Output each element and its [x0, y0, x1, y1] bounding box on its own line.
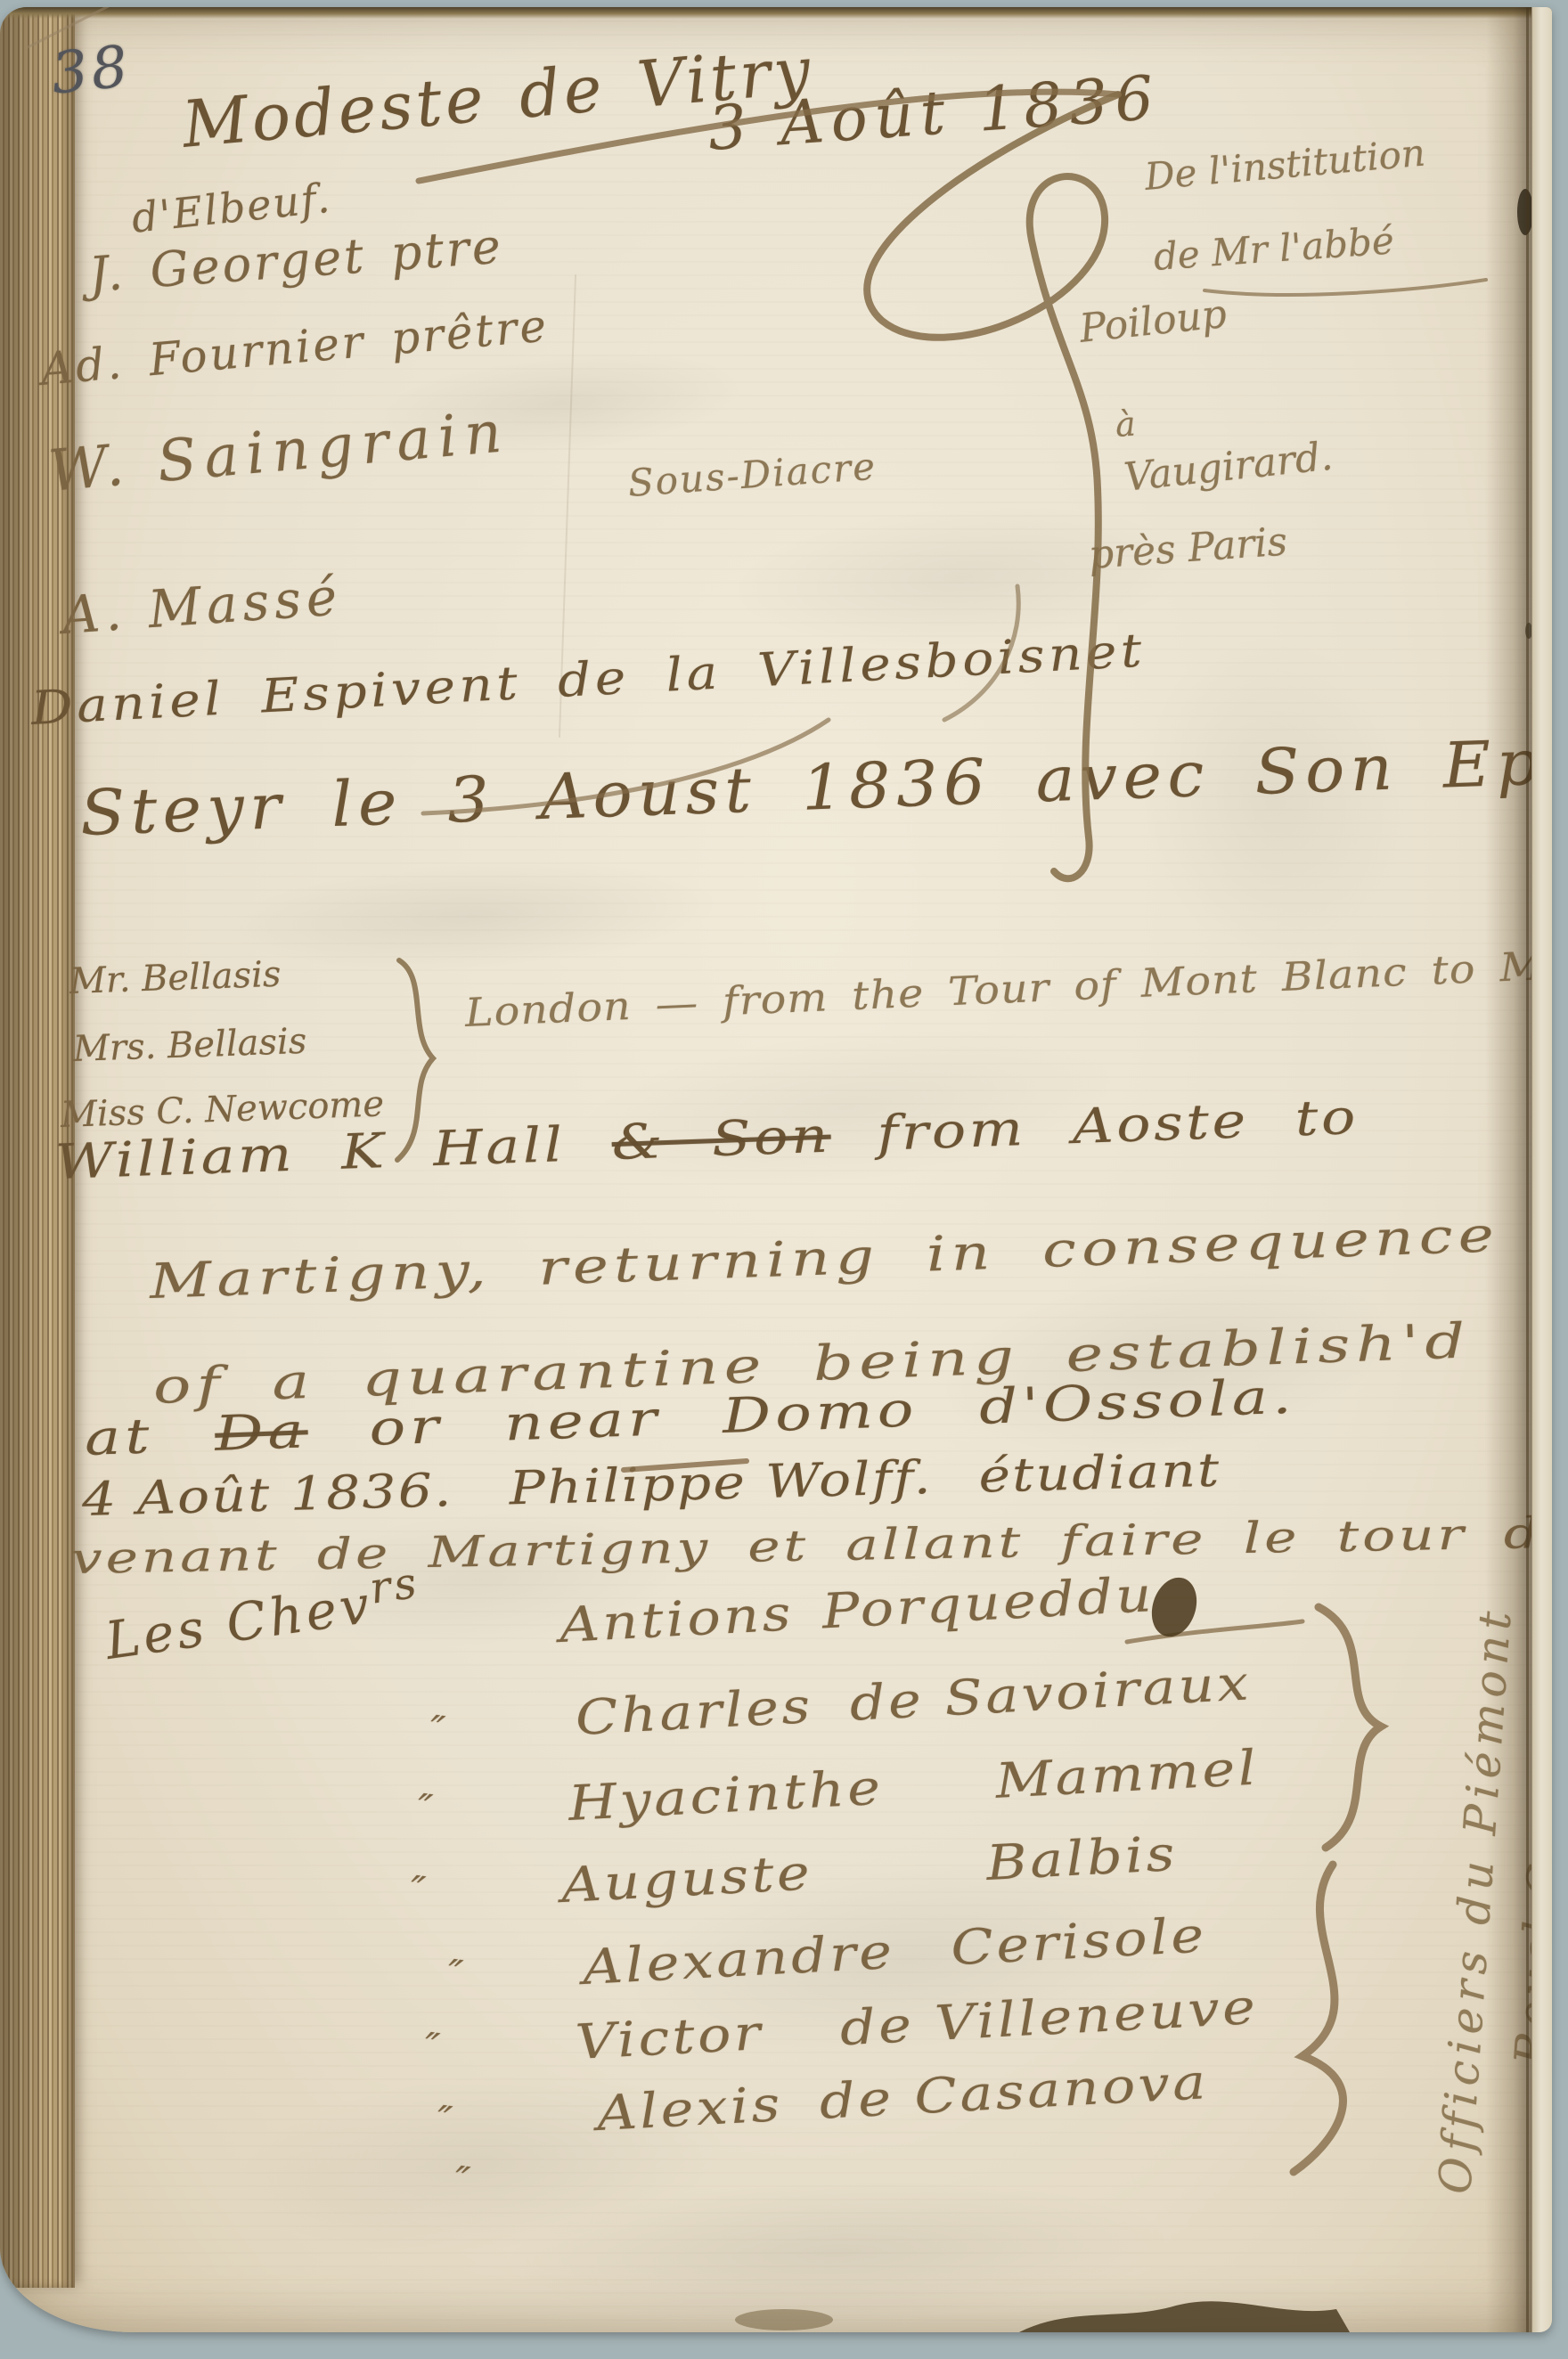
wolff-title: étudiant	[978, 1444, 1221, 1504]
guest-mr-bellasis: Mr. Bellasis	[69, 957, 282, 1000]
page-top-edge	[0, 7, 1552, 19]
chevalier-first-name: Victor	[574, 2004, 764, 2070]
wolff-name: Philippe Wolff.	[509, 1451, 934, 1515]
chevalier-last-name: Balbis	[984, 1825, 1179, 1891]
gutter-crease	[1526, 7, 1529, 2332]
page-number: 38	[49, 38, 135, 103]
wolff-date: 4 Août 1836.	[81, 1464, 453, 1527]
hall-line4-start: at	[84, 1408, 155, 1466]
guestbook-scan: 38 Modeste de Vitry 3 Août 1836 d'Elbeuf…	[0, 0, 1568, 2359]
hall-line4-struck: Da	[214, 1402, 309, 1462]
chevalier-first-name: Alexis	[595, 2076, 784, 2142]
chevaliers-label-sup: rs	[367, 1558, 423, 1614]
guest-mrs-bellasis: Mrs. Bellasis	[72, 1024, 307, 1067]
page-paper: 38 Modeste de Vitry 3 Août 1836 d'Elbeuf…	[0, 7, 1552, 2332]
hall-struck-text: & Son	[611, 1107, 832, 1171]
next-page-edge	[1531, 7, 1552, 2332]
institution-note-line4: à	[1115, 406, 1137, 441]
